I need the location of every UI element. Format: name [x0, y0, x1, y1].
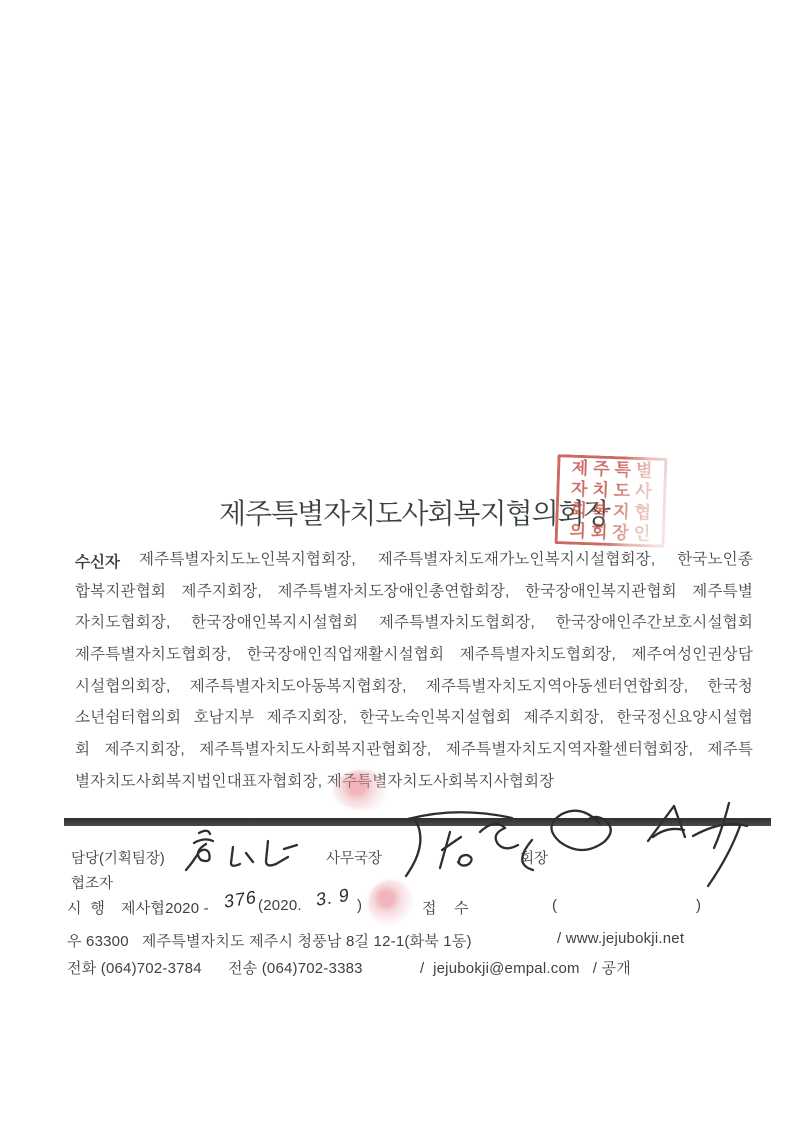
recipient-line: 제주특별자치도노인복지협회장, 제주특별자치도재가노인복지시설협회장, 한국노인…	[75, 550, 753, 570]
website-url: / www.jejubokji.net	[557, 930, 684, 947]
official-red-seal: 제주특별 자치도사 회복지협 의회장인	[554, 454, 667, 548]
seal-text-row: 의회장인	[564, 522, 655, 542]
doc-number-handwritten: 376	[224, 887, 257, 913]
recipient-line: 시설협의회장, 제주특별자치도아동복지협회장, 제주특별자치도지역아동센터연합회…	[75, 677, 753, 697]
postal-address: 우 63300 제주특별자치도 제주시 청풍남 8길 12-1(화북 1동)	[67, 930, 472, 951]
receipt-label: 접 수	[422, 897, 469, 918]
manager-title-label: 담당(기획팀장)	[71, 847, 165, 868]
recipient-line: 제주특별자치도협회장, 한국장애인직업재활시설협회 제주특별자치도협회장, 제주…	[75, 645, 753, 665]
recipient-line: 별자치도사회복지법인대표자협회장, 제주특별자치도사회복지사협회장	[75, 772, 753, 792]
page-title: 제주특별자치도사회복지협의회장	[219, 492, 610, 532]
recipient-line: 합복지관협회 제주지회장, 제주특별자치도장애인총연합회장, 한국장애인복지관협…	[75, 582, 753, 602]
date-suffix: )	[357, 897, 362, 914]
seal-text-row: 제주특별	[566, 459, 657, 479]
manager-handwritten-signature	[175, 826, 310, 882]
dispatch-label: 시 행	[67, 897, 105, 918]
recipient-line: 회 제주지회장, 제주특별자치도사회복지관협회장, 제주특별자치도지역자활센터협…	[75, 740, 753, 760]
date-prefix: (2020.	[258, 897, 302, 914]
seal-text-row: 자치도사	[566, 480, 657, 500]
date-handwritten: 3. 9	[316, 884, 350, 911]
faint-stamp-smudge	[333, 770, 393, 810]
recipients-label: 수신자	[75, 550, 120, 572]
receipt-paren-close: )	[696, 897, 701, 914]
email-disclosure: / jejubokji@empal.com / 공개	[420, 957, 631, 978]
doc-number-prefix: 제사협2020 -	[121, 897, 209, 918]
seal-text-row: 회복지협	[565, 501, 656, 521]
chairman-handwritten-signature	[532, 796, 752, 892]
cooperator-label: 협조자	[71, 872, 113, 893]
recipient-line: 소년쉼터협의회 호남지부 제주지회장, 한국노숙인복지설협회 제주지회장, 한국…	[75, 708, 753, 728]
receipt-paren-open: (	[552, 897, 557, 914]
secretary-handwritten-signature	[362, 806, 542, 888]
recipient-line: 자치도협회장, 한국장애인복지시설협회 제주특별자치도협회장, 한국장애인주간보…	[75, 613, 753, 633]
phone-fax: 전화 (064)702-3784 전송 (064)702-3383	[67, 957, 363, 978]
scanned-official-letter: 제주특별자치도사회복지협의회장 제주특별 자치도사 회복지협 의회장인 수신자 …	[0, 0, 793, 1122]
